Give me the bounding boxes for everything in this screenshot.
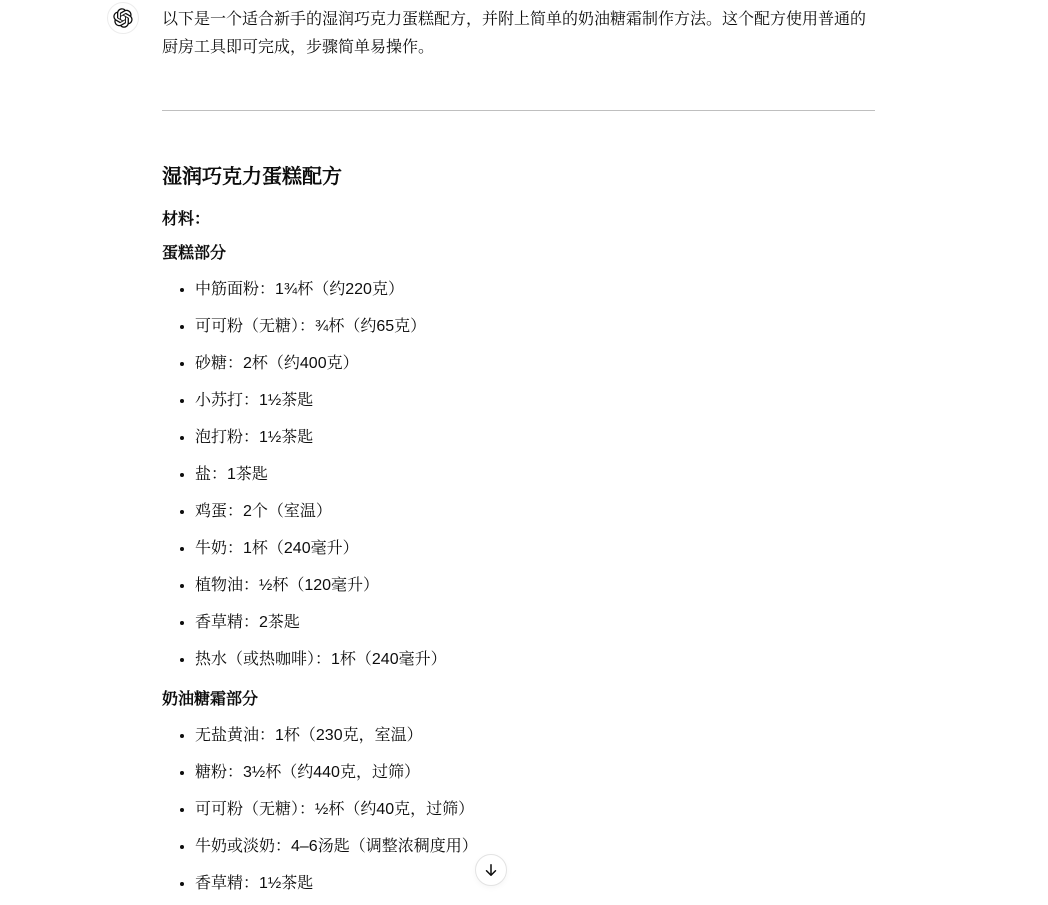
assistant-message: 以下是一个适合新手的湿润巧克力蛋糕配方，并附上简单的奶油糖霜制作方法。这个配方使… <box>0 0 875 898</box>
list-item: 可可粉（无糖）：½杯（约40克，过筛） <box>195 796 875 824</box>
list-item: 牛奶：1杯（240毫升） <box>195 535 875 563</box>
arrow-down-icon <box>482 861 500 879</box>
section-divider <box>162 110 875 111</box>
intro-paragraph: 以下是一个适合新手的湿润巧克力蛋糕配方，并附上简单的奶油糖霜制作方法。这个配方使… <box>162 6 875 62</box>
list-item: 香草精：2茶匙 <box>195 609 875 637</box>
list-item: 鸡蛋：2个（室温） <box>195 498 875 526</box>
frosting-section-heading: 奶油糖霜部分 <box>162 688 875 712</box>
assistant-avatar <box>107 2 139 34</box>
openai-logo-icon <box>113 8 133 28</box>
list-item: 泡打粉：1½茶匙 <box>195 424 875 452</box>
list-item: 香草精：1½茶匙 <box>195 870 875 898</box>
list-item: 热水（或热咖啡）：1杯（240毫升） <box>195 646 875 674</box>
frosting-ingredients-list: 无盐黄油：1杯（230克，室温） 糖粉：3½杯（约440克，过筛） 可可粉（无糖… <box>162 722 875 898</box>
cake-ingredients-list: 中筋面粉：1¾杯（约220克） 可可粉（无糖）：¾杯（约65克） 砂糖：2杯（约… <box>162 276 875 674</box>
message-content: 以下是一个适合新手的湿润巧克力蛋糕配方，并附上简单的奶油糖霜制作方法。这个配方使… <box>162 6 875 898</box>
materials-label: 材料： <box>162 208 875 232</box>
list-item: 无盐黄油：1杯（230克，室温） <box>195 722 875 750</box>
scroll-to-bottom-button[interactable] <box>475 854 507 886</box>
list-item: 盐：1茶匙 <box>195 461 875 489</box>
list-item: 中筋面粉：1¾杯（约220克） <box>195 276 875 304</box>
list-item: 小苏打：1½茶匙 <box>195 387 875 415</box>
list-item: 糖粉：3½杯（约440克，过筛） <box>195 759 875 787</box>
list-item: 可可粉（无糖）：¾杯（约65克） <box>195 313 875 341</box>
list-item: 牛奶或淡奶：4–6汤匙（调整浓稠度用） <box>195 833 875 861</box>
list-item: 砂糖：2杯（约400克） <box>195 350 875 378</box>
cake-section-heading: 蛋糕部分 <box>162 242 875 266</box>
chat-page: 以下是一个适合新手的湿润巧克力蛋糕配方，并附上简单的奶油糖霜制作方法。这个配方使… <box>0 0 1048 905</box>
recipe-title: 湿润巧克力蛋糕配方 <box>162 163 875 191</box>
list-item: 植物油：½杯（120毫升） <box>195 572 875 600</box>
